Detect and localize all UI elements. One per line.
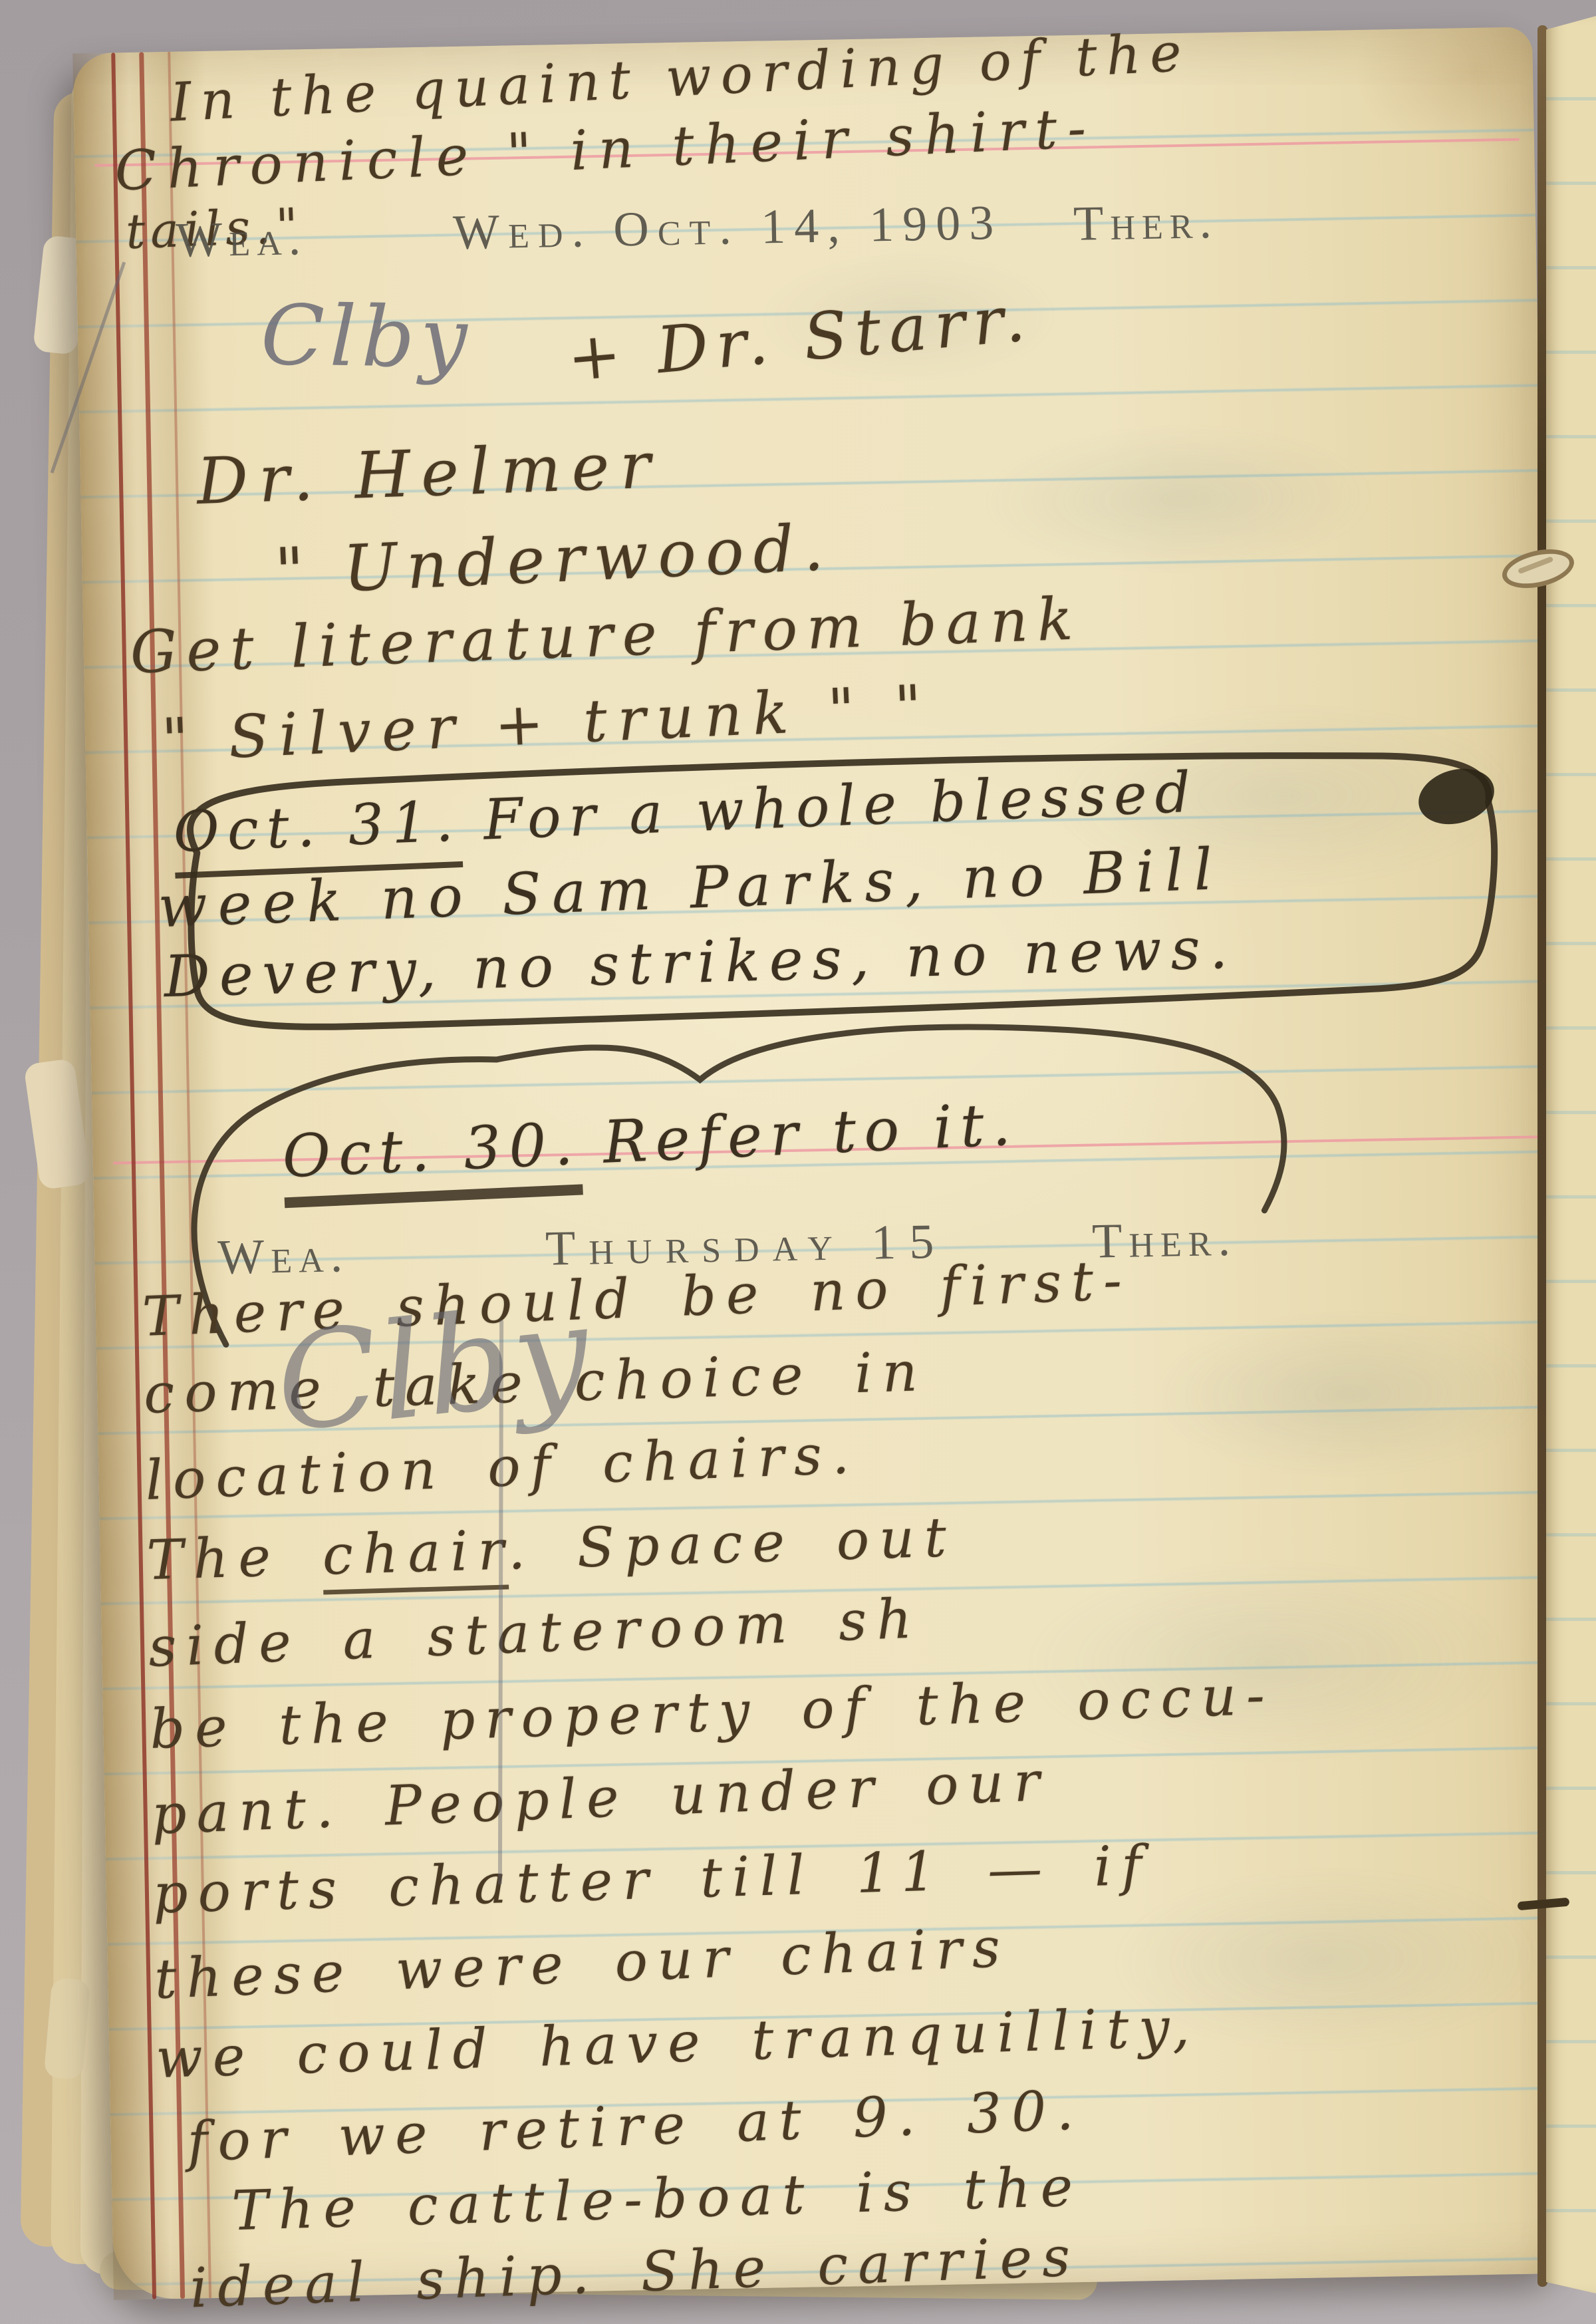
pencil-scribble-overlay: Clby [269, 1274, 599, 1462]
ink-blot [1412, 760, 1501, 833]
day2-line4-rest: . Space out [507, 1506, 957, 1582]
spacer [462, 839, 484, 840]
binding-gutter-edge [1537, 25, 1547, 2287]
day2-weather-label: Wea. [217, 1227, 350, 1286]
scanned-diary-photo: In the quaint wording of the Chronicle "… [0, 0, 1596, 2324]
day1-weather-label: Wea. [176, 210, 308, 269]
day2-line4-pre: The [146, 1525, 323, 1593]
day2-line4-underlined-word: chair [321, 1519, 509, 1594]
next-page-edge [1546, 16, 1596, 2293]
spacer [581, 1163, 604, 1164]
diary-page: In the quaint wording of the Chronicle "… [72, 27, 1573, 2300]
pencil-name-entry: Clby [260, 287, 473, 387]
refer-note-date: Oct. 30. [281, 1109, 583, 1208]
day1-ther-label: Ther. [1073, 194, 1218, 253]
